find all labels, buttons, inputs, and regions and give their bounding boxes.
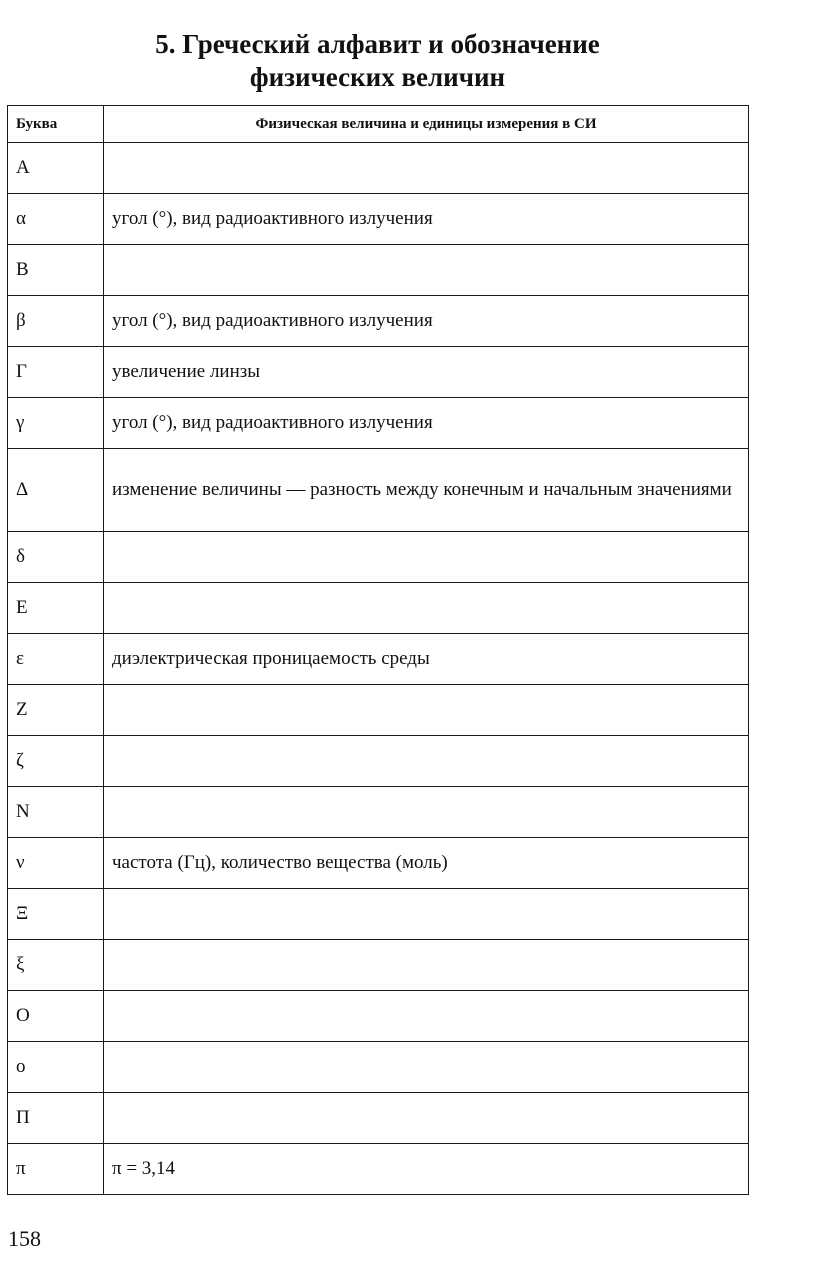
greek-letter-cell: Π <box>8 1093 104 1144</box>
greek-letter-cell: ν <box>8 838 104 889</box>
quantity-description-cell <box>104 245 749 296</box>
table-row: Δизменение величины — разность между кон… <box>8 449 749 532</box>
greek-letter-cell: Ε <box>8 583 104 634</box>
quantity-description-cell <box>104 143 749 194</box>
quantity-description-cell <box>104 787 749 838</box>
greek-letter-cell: ο <box>8 1042 104 1093</box>
table-row: βугол (°), вид радиоактивного излучения <box>8 296 749 347</box>
greek-letter-cell: γ <box>8 398 104 449</box>
greek-letter-cell: β <box>8 296 104 347</box>
quantity-description-cell <box>104 583 749 634</box>
table-row: Ε <box>8 583 749 634</box>
greek-letter-cell: Ο <box>8 991 104 1042</box>
quantity-description-cell: π = 3,14 <box>104 1144 749 1195</box>
greek-letter-cell: Β <box>8 245 104 296</box>
quantity-description-cell <box>104 991 749 1042</box>
greek-letter-cell: Δ <box>8 449 104 532</box>
quantity-description-cell: угол (°), вид радиоактивного излучения <box>104 194 749 245</box>
table-row: ξ <box>8 940 749 991</box>
table-row: ππ = 3,14 <box>8 1144 749 1195</box>
greek-letter-cell: π <box>8 1144 104 1195</box>
greek-letter-cell: ξ <box>8 940 104 991</box>
table-row: δ <box>8 532 749 583</box>
header-quantity: Физическая величина и единицы измерения … <box>104 106 749 143</box>
table-row: Α <box>8 143 749 194</box>
quantity-description-cell: частота (Гц), количество вещества (моль) <box>104 838 749 889</box>
quantity-description-cell: изменение величины — разность между коне… <box>104 449 749 532</box>
table-row: Γувеличение линзы <box>8 347 749 398</box>
greek-letter-cell: Γ <box>8 347 104 398</box>
greek-letter-cell: Α <box>8 143 104 194</box>
quantity-description-cell <box>104 532 749 583</box>
table-row: εдиэлектрическая проницаемость среды <box>8 634 749 685</box>
greek-alphabet-table: Буква Физическая величина и единицы изме… <box>7 105 749 1195</box>
table-body: Ααугол (°), вид радиоактивного излучения… <box>8 143 749 1195</box>
title-line-1: 5. Греческий алфавит и обозначение <box>0 28 755 61</box>
table-row: Ζ <box>8 685 749 736</box>
greek-letter-cell: ζ <box>8 736 104 787</box>
table-row: γугол (°), вид радиоактивного излучения <box>8 398 749 449</box>
table-row: Π <box>8 1093 749 1144</box>
quantity-description-cell: диэлектрическая проницаемость среды <box>104 634 749 685</box>
greek-letter-cell: Ξ <box>8 889 104 940</box>
quantity-description-cell: увеличение линзы <box>104 347 749 398</box>
greek-letter-cell: α <box>8 194 104 245</box>
table-row: Ν <box>8 787 749 838</box>
quantity-description-cell <box>104 1093 749 1144</box>
table-row: Ξ <box>8 889 749 940</box>
table-header-row: Буква Физическая величина и единицы изме… <box>8 106 749 143</box>
table-row: ο <box>8 1042 749 1093</box>
quantity-description-cell <box>104 685 749 736</box>
page-number: 158 <box>8 1226 41 1252</box>
title-line-2: физических величин <box>0 61 755 94</box>
greek-letter-cell: Ζ <box>8 685 104 736</box>
quantity-description-cell <box>104 889 749 940</box>
table-row: ζ <box>8 736 749 787</box>
greek-letter-cell: ε <box>8 634 104 685</box>
quantity-description-cell <box>104 1042 749 1093</box>
table-row: Ο <box>8 991 749 1042</box>
greek-letter-cell: δ <box>8 532 104 583</box>
table-row: νчастота (Гц), количество вещества (моль… <box>8 838 749 889</box>
header-letter: Буква <box>8 106 104 143</box>
quantity-description-cell <box>104 940 749 991</box>
quantity-description-cell <box>104 736 749 787</box>
quantity-description-cell: угол (°), вид радиоактивного излучения <box>104 296 749 347</box>
table-row: αугол (°), вид радиоактивного излучения <box>8 194 749 245</box>
quantity-description-cell: угол (°), вид радиоактивного излучения <box>104 398 749 449</box>
table-row: Β <box>8 245 749 296</box>
page-title: 5. Греческий алфавит и обозначение физич… <box>0 28 755 94</box>
greek-letter-cell: Ν <box>8 787 104 838</box>
